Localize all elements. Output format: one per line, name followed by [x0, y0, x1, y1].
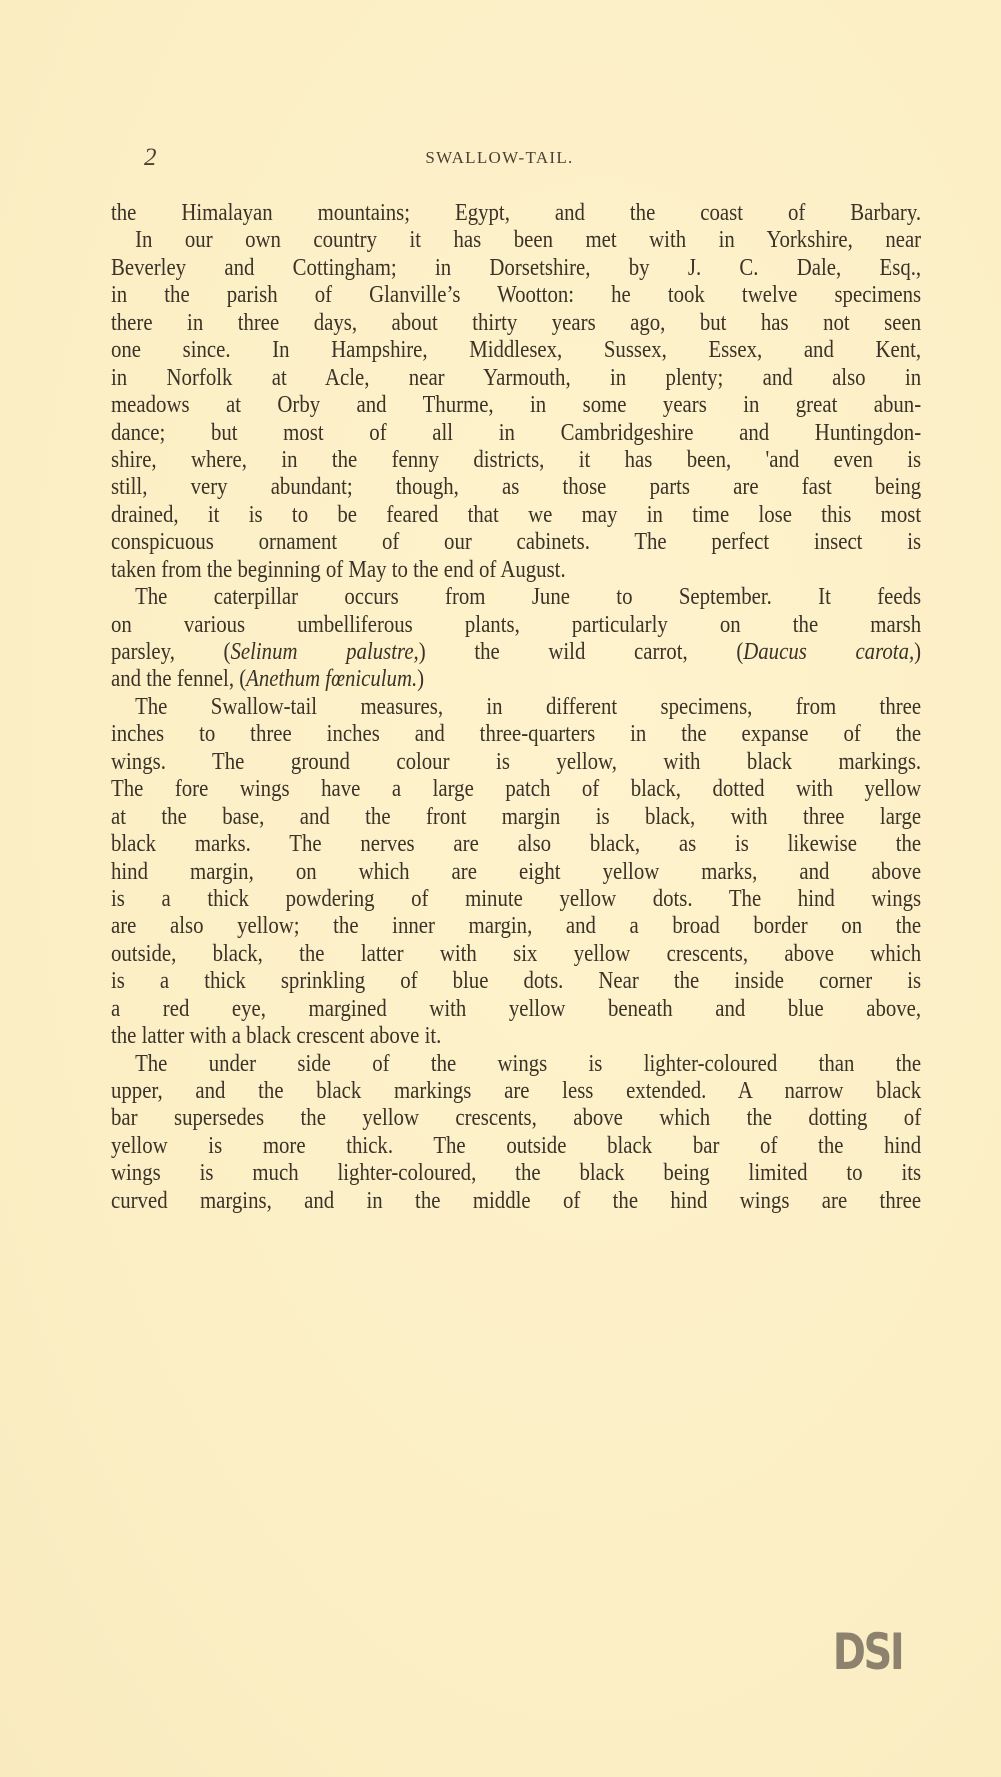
text-line: In our own country it has been met with …	[111, 226, 921, 253]
text-line: The under side of the wings is lighter-c…	[111, 1050, 921, 1077]
text-line: a red eye, margined with yellow beneath …	[111, 995, 921, 1022]
text-segment: )	[914, 638, 921, 665]
text-line: is a thick sprinkling of blue dots. Near…	[111, 967, 921, 994]
text-line: Beverley and Cottingham; in Dorsetshire,…	[111, 254, 921, 281]
library-stamp: DSI	[828, 1624, 908, 1680]
text-line: still, very abundant; though, as those p…	[111, 473, 921, 500]
text-line: wings. The ground colour is yellow, with…	[111, 748, 921, 775]
text-line: black marks. The nerves are also black, …	[111, 830, 921, 857]
text-line: drained, it is to be feared that we may …	[111, 501, 921, 528]
text-line: the Himalayan mountains; Egypt, and the …	[111, 199, 921, 226]
text-segment: )	[417, 665, 424, 692]
text-line: inches to three inches and three-quarter…	[111, 720, 921, 747]
text-segment: and the fennel, (	[111, 665, 246, 692]
text-line: hind margin, on which are eight yellow m…	[111, 858, 921, 885]
text-line: in the parish of Glanville’s Wootton: he…	[111, 281, 921, 308]
italic-species-name: Daucus carota,	[743, 638, 914, 665]
text-line: and the fennel, (Anethum fœniculum.)	[111, 665, 921, 692]
text-line: The Swallow-tail measures, in different …	[111, 693, 921, 720]
running-title: SWALLOW-TAIL.	[0, 148, 1000, 168]
text-line: outside, black, the latter with six yell…	[111, 940, 921, 967]
text-segment: parsley, (	[111, 638, 230, 665]
text-segment: ) the wild carrot, (	[419, 638, 744, 665]
text-line: taken from the beginning of May to the e…	[111, 556, 921, 583]
text-line: bar supersedes the yellow crescents, abo…	[111, 1104, 921, 1131]
body-text: the Himalayan mountains; Egypt, and the …	[111, 199, 921, 1214]
text-line: meadows at Orby and Thurme, in some year…	[111, 391, 921, 418]
text-line: the latter with a black crescent above i…	[111, 1022, 921, 1049]
text-line: wings is much lighter-coloured, the blac…	[111, 1159, 921, 1186]
text-line: on various umbelliferous plants, particu…	[111, 611, 921, 638]
italic-species-name: Anethum fœniculum.	[246, 665, 417, 692]
text-line: shire, where, in the fenny districts, it…	[111, 446, 921, 473]
stamp-text: DSI	[833, 1624, 903, 1680]
text-line: conspicuous ornament of our cabinets. Th…	[111, 528, 921, 555]
text-line: The fore wings have a large patch of bla…	[111, 775, 921, 802]
text-line: there in three days, about thirty years …	[111, 309, 921, 336]
text-line: is a thick powdering of minute yellow do…	[111, 885, 921, 912]
text-line: curved margins, and in the middle of the…	[111, 1187, 921, 1214]
text-line: are also yellow; the inner margin, and a…	[111, 912, 921, 939]
italic-species-name: Selinum palustre,	[230, 638, 418, 665]
text-line: yellow is more thick. The outside black …	[111, 1132, 921, 1159]
text-line: at the base, and the front margin is bla…	[111, 803, 921, 830]
text-line: one since. In Hampshire, Middlesex, Suss…	[111, 336, 921, 363]
text-line: parsley, (Selinum palustre,) the wild ca…	[111, 638, 921, 665]
running-head: 2 SWALLOW-TAIL.	[0, 144, 1001, 174]
text-line: dance; but most of all in Cambridgeshire…	[111, 419, 921, 446]
text-line: upper, and the black markings are less e…	[111, 1077, 921, 1104]
text-line: The caterpillar occurs from June to Sept…	[111, 583, 921, 610]
text-line: in Norfolk at Acle, near Yarmouth, in pl…	[111, 364, 921, 391]
